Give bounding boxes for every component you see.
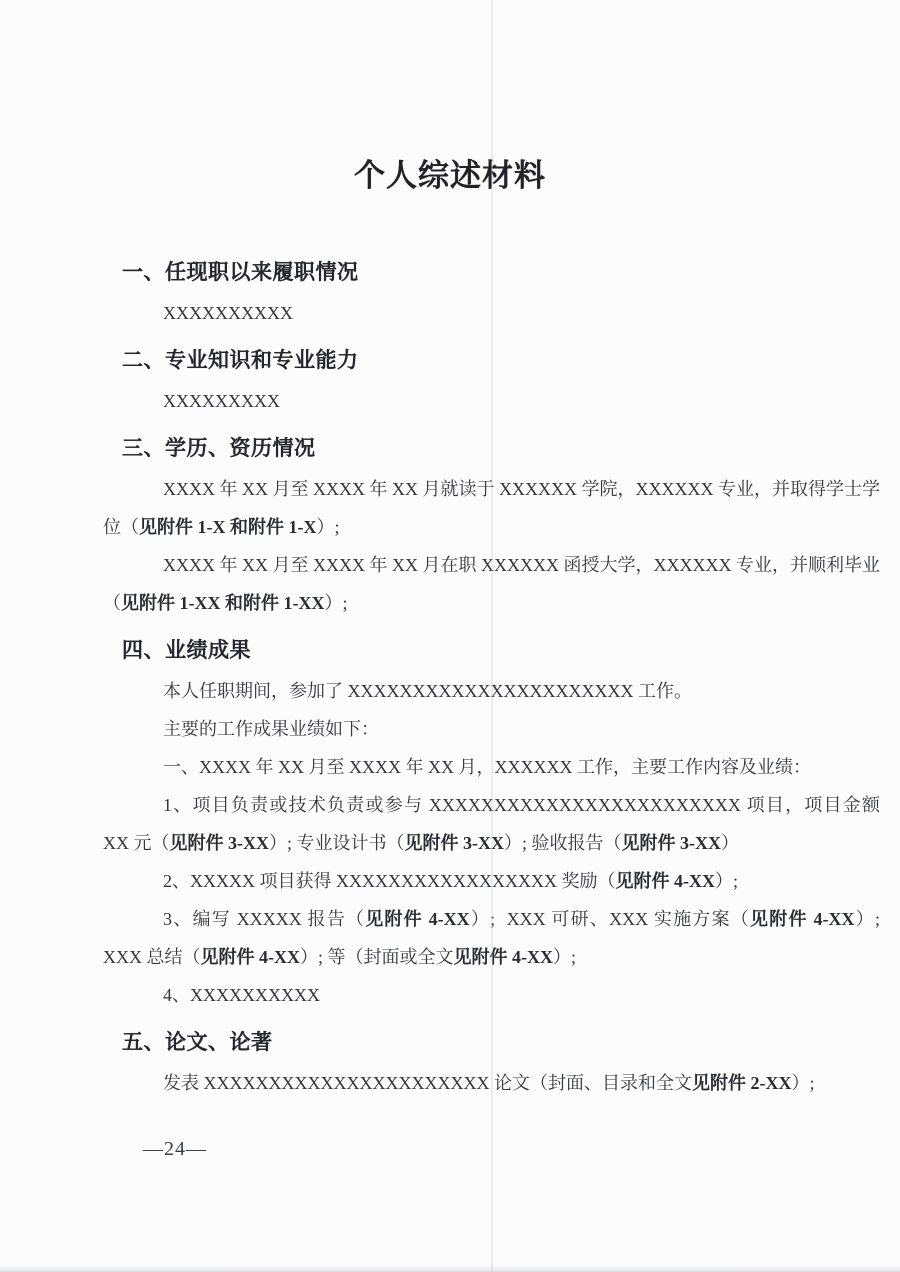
text-run: ）; xyxy=(324,593,347,613)
paragraph: 发表 XXXXXXXXXXXXXXXXXXXXXX 论文（封面、目录和全文见附件… xyxy=(103,1064,880,1102)
text-run: ）; xyxy=(791,1073,814,1093)
attachment-reference: 见附件 4-XX xyxy=(365,909,469,929)
attachment-reference: 见附件 3-XX xyxy=(405,833,505,853)
text-run: 一、任现职以来履职情况 xyxy=(122,261,359,284)
text-run: 一、XXXX 年 XX 月至 XXXX 年 XX 月，XXXXXX 工作，主要工… xyxy=(163,757,811,777)
attachment-reference: 见附件 4-XX xyxy=(201,947,301,967)
text-run: ）; xyxy=(553,947,576,967)
paragraph: 4、XXXXXXXXXX xyxy=(103,976,880,1014)
text-run: 三、学历、资历情况 xyxy=(122,437,316,460)
attachment-reference: 见附件 2-XX xyxy=(692,1073,792,1093)
text-run: ）; xyxy=(317,517,340,537)
section-heading: 一、任现职以来履职情况 xyxy=(122,252,880,294)
attachment-reference: 见附件 3-XX xyxy=(622,833,722,853)
text-run: 主要的工作成果业绩如下： xyxy=(163,719,379,739)
text-run: ）; 等（封面或全文 xyxy=(300,947,454,967)
attachment-reference: 见附件 4-XX xyxy=(454,947,554,967)
attachment-reference: 见附件 3-XX xyxy=(170,833,270,853)
text-run: 发表 XXXXXXXXXXXXXXXXXXXXXX 论文（封面、目录和全文 xyxy=(163,1073,692,1093)
section-heading: 二、专业知识和专业能力 xyxy=(122,340,880,382)
attachment-reference: 4-XX xyxy=(814,909,855,929)
text-run: XXXXXXXXX xyxy=(163,391,280,411)
paragraph: 3、编写 XXXXX 报告（见附件 4-XX）; XXX 可研、XXX 实施方案… xyxy=(103,900,880,976)
attachment-reference: 见附件 xyxy=(750,909,808,929)
section-heading: 四、业绩成果 xyxy=(122,630,880,672)
section-heading: 五、论文、论著 xyxy=(122,1022,880,1064)
text-run: ）; XXX 可研、XXX 实施方案（ xyxy=(470,909,750,929)
text-run: 2、XXXXX 项目获得 XXXXXXXXXXXXXXXXX 奖励（ xyxy=(163,871,615,891)
attachment-reference: 见附件 4-XX xyxy=(615,871,715,891)
paragraph: XXXX 年 XX 月至 XXXX 年 XX 月就读于 XXXXXX 学院，XX… xyxy=(103,470,880,546)
text-run: 本人任职期间，参加了 XXXXXXXXXXXXXXXXXXXXXX 工作。 xyxy=(163,681,692,701)
attachment-reference: 见附件 1-X 和附件 1-X xyxy=(139,517,317,537)
text-run: 3、编写 XXXXX 报告（ xyxy=(163,909,365,929)
text-run: ）; 专业设计书（ xyxy=(269,833,405,853)
text-run: 五、论文、论著 xyxy=(122,1031,273,1054)
paragraph: XXXX 年 XX 月至 XXXX 年 XX 月在职 XXXXXX 函授大学，X… xyxy=(103,546,880,622)
page-number: —24— xyxy=(143,1138,900,1161)
text-run: 4、XXXXXXXXXX xyxy=(163,985,320,1005)
section-heading: 三、学历、资历情况 xyxy=(122,428,880,470)
paragraph: 1、项目负责或技术负责或参与 XXXXXXXXXXXXXXXXXXXXXXXX … xyxy=(103,786,880,862)
text-run: ） xyxy=(721,833,739,853)
paragraph: XXXXXXXXXX xyxy=(103,294,880,332)
paragraph: 2、XXXXX 项目获得 XXXXXXXXXXXXXXXXX 奖励（见附件 4-… xyxy=(103,862,880,900)
paragraph: 一、XXXX 年 XX 月至 XXXX 年 XX 月，XXXXXX 工作，主要工… xyxy=(103,748,880,786)
document-body: 一、任现职以来履职情况XXXXXXXXXX二、专业知识和专业能力XXXXXXXX… xyxy=(0,252,900,1102)
document-title: 个人综述材料 xyxy=(0,150,900,202)
document-page: 个人综述材料 一、任现职以来履职情况XXXXXXXXXX二、专业知识和专业能力X… xyxy=(0,0,900,1272)
paragraph: 主要的工作成果业绩如下： xyxy=(103,710,880,748)
text-run: ）; 验收报告（ xyxy=(504,833,622,853)
paragraph: 本人任职期间，参加了 XXXXXXXXXXXXXXXXXXXXXX 工作。 xyxy=(103,672,880,710)
text-run: 二、专业知识和专业能力 xyxy=(122,349,359,372)
paragraph: XXXXXXXXX xyxy=(103,382,880,420)
attachment-reference: 见附件 1-XX 和附件 1-XX xyxy=(121,593,324,613)
text-run: ）; xyxy=(715,871,738,891)
text-run: XXXXXXXXXX xyxy=(163,303,293,323)
text-run: 四、业绩成果 xyxy=(122,639,251,662)
scan-edge-artifact xyxy=(0,1264,900,1272)
